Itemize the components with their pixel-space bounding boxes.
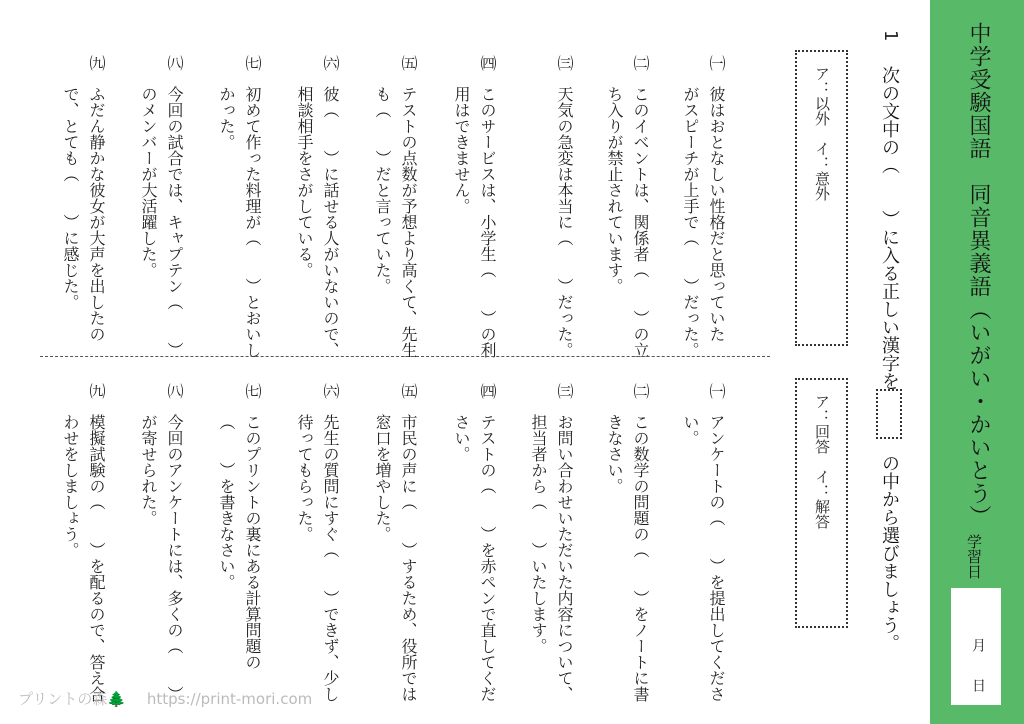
section-divider (40, 356, 770, 357)
question-text: 彼（ ）に話せる人がいないので、 (322, 86, 338, 358)
choice-options-1: ア：以外 イ：意外 (812, 66, 833, 201)
question-text-cont: きなさい。 (606, 414, 622, 494)
question-number-4: ㈣ (479, 383, 495, 399)
question-text-cont: （ ）を書きなさい。 (218, 414, 234, 590)
question-text-cont: 窓口を増やした。 (374, 414, 390, 542)
question-text-cont: い。 (682, 414, 698, 446)
instruction-text-end: の中から選びましょう。 (876, 454, 902, 652)
question-text: 模擬試験の（ ）を配るので、答え合 (88, 414, 104, 702)
question-number-9: ㈨ (88, 55, 104, 71)
question-text-cont: 担当者から（ ）いたします。 (530, 414, 546, 654)
question-number-3: ㈢ (556, 55, 572, 71)
question-number-1: ㈠ (708, 55, 724, 71)
question-text: この数学の問題の（ ）をノートに書 (632, 414, 648, 702)
question-text: 市民の声に（ ）するため、役所では (400, 414, 416, 702)
footer: プリントの森🌲 https://print-mori.com (18, 688, 312, 709)
question-number-9: ㈨ (88, 383, 104, 399)
question-text: テストの点数が予想より高くて、先生 (400, 86, 416, 358)
brand-name: プリントの森 (18, 690, 107, 708)
question-text: テストの（ ）を赤ペンで直してくだ (479, 414, 495, 702)
question-number-8: ㈧ (166, 55, 182, 71)
question-text: 先生の質問にすぐ（ ）できず、少し (322, 414, 338, 702)
study-date-label: 学習日 (964, 534, 985, 579)
question-text: 彼はおとなしい性格だと思っていた (708, 86, 724, 342)
question-number: 1 (880, 30, 901, 41)
choice-box-icon (876, 389, 902, 439)
question-text-cont: 待ってもらった。 (296, 414, 312, 542)
question-text-cont: さい。 (453, 414, 469, 462)
site-url-link[interactable]: https://print-mori.com (147, 690, 312, 708)
question-text-cont: ち入りが禁止されています。 (606, 86, 622, 294)
choice-options-2: ア：回答 イ：解答 (812, 394, 833, 529)
question-text-cont: かった。 (218, 86, 234, 150)
question-text: 今回のアンケートには、多くの（ ） (166, 414, 182, 702)
question-number-6: ㈥ (322, 383, 338, 399)
question-text-cont: で、とても（ ）に感じた。 (62, 86, 78, 310)
question-number-5: ㈤ (400, 55, 416, 71)
question-number-2: ㈡ (632, 55, 648, 71)
question-text-cont: のメンバーが大活躍した。 (140, 86, 156, 278)
question-text: ふだん静かな彼女が大声を出したの (88, 86, 104, 342)
question-number-7: ㈦ (244, 383, 260, 399)
question-number-2: ㈡ (632, 383, 648, 399)
question-text-cont: も（ ）だと言っていた。 (374, 86, 390, 294)
tree-icon: 🌲 (107, 690, 126, 708)
question-text: 初めて作った料理が（ ）とおいし (244, 86, 260, 358)
question-number-7: ㈦ (244, 55, 260, 71)
question-text: お問い合わせいただいた内容について、 (556, 414, 572, 702)
question-text-cont: わせをしましょう。 (62, 414, 78, 558)
question-text: 今回の試合では、キャプテン（ ） (166, 86, 182, 358)
question-text-cont: 用はできません。 (453, 86, 469, 214)
question-text: このサービスは、小学生（ ）の利 (479, 86, 495, 358)
question-text-cont: 相談相手をさがしている。 (296, 86, 312, 278)
question-text: 天気の急変は本当に（ ）だった。 (556, 86, 572, 358)
question-text-cont: がスピーチが上手で（ ）だった。 (682, 86, 698, 358)
instruction-text: 次の文中の（ ）に入る正しい漢字を (876, 66, 902, 390)
question-number-1: ㈠ (708, 383, 724, 399)
worksheet-title: 中学受験国語 同音異義語（いがい・かいとう） (963, 22, 994, 528)
month-label: 月 (968, 638, 988, 652)
question-text: このイベントは、関係者（ ）の立 (632, 86, 648, 358)
question-text: アンケートの（ ）を提出してくださ (708, 414, 724, 702)
question-number-3: ㈢ (556, 383, 572, 399)
question-number-6: ㈥ (322, 55, 338, 71)
question-text: このプリントの裏にある計算問題の (244, 414, 260, 670)
question-number-8: ㈧ (166, 383, 182, 399)
question-number-4: ㈣ (479, 55, 495, 71)
day-label: 日 (968, 678, 988, 692)
question-number-5: ㈤ (400, 383, 416, 399)
question-text-cont: が寄せられた。 (140, 414, 156, 526)
